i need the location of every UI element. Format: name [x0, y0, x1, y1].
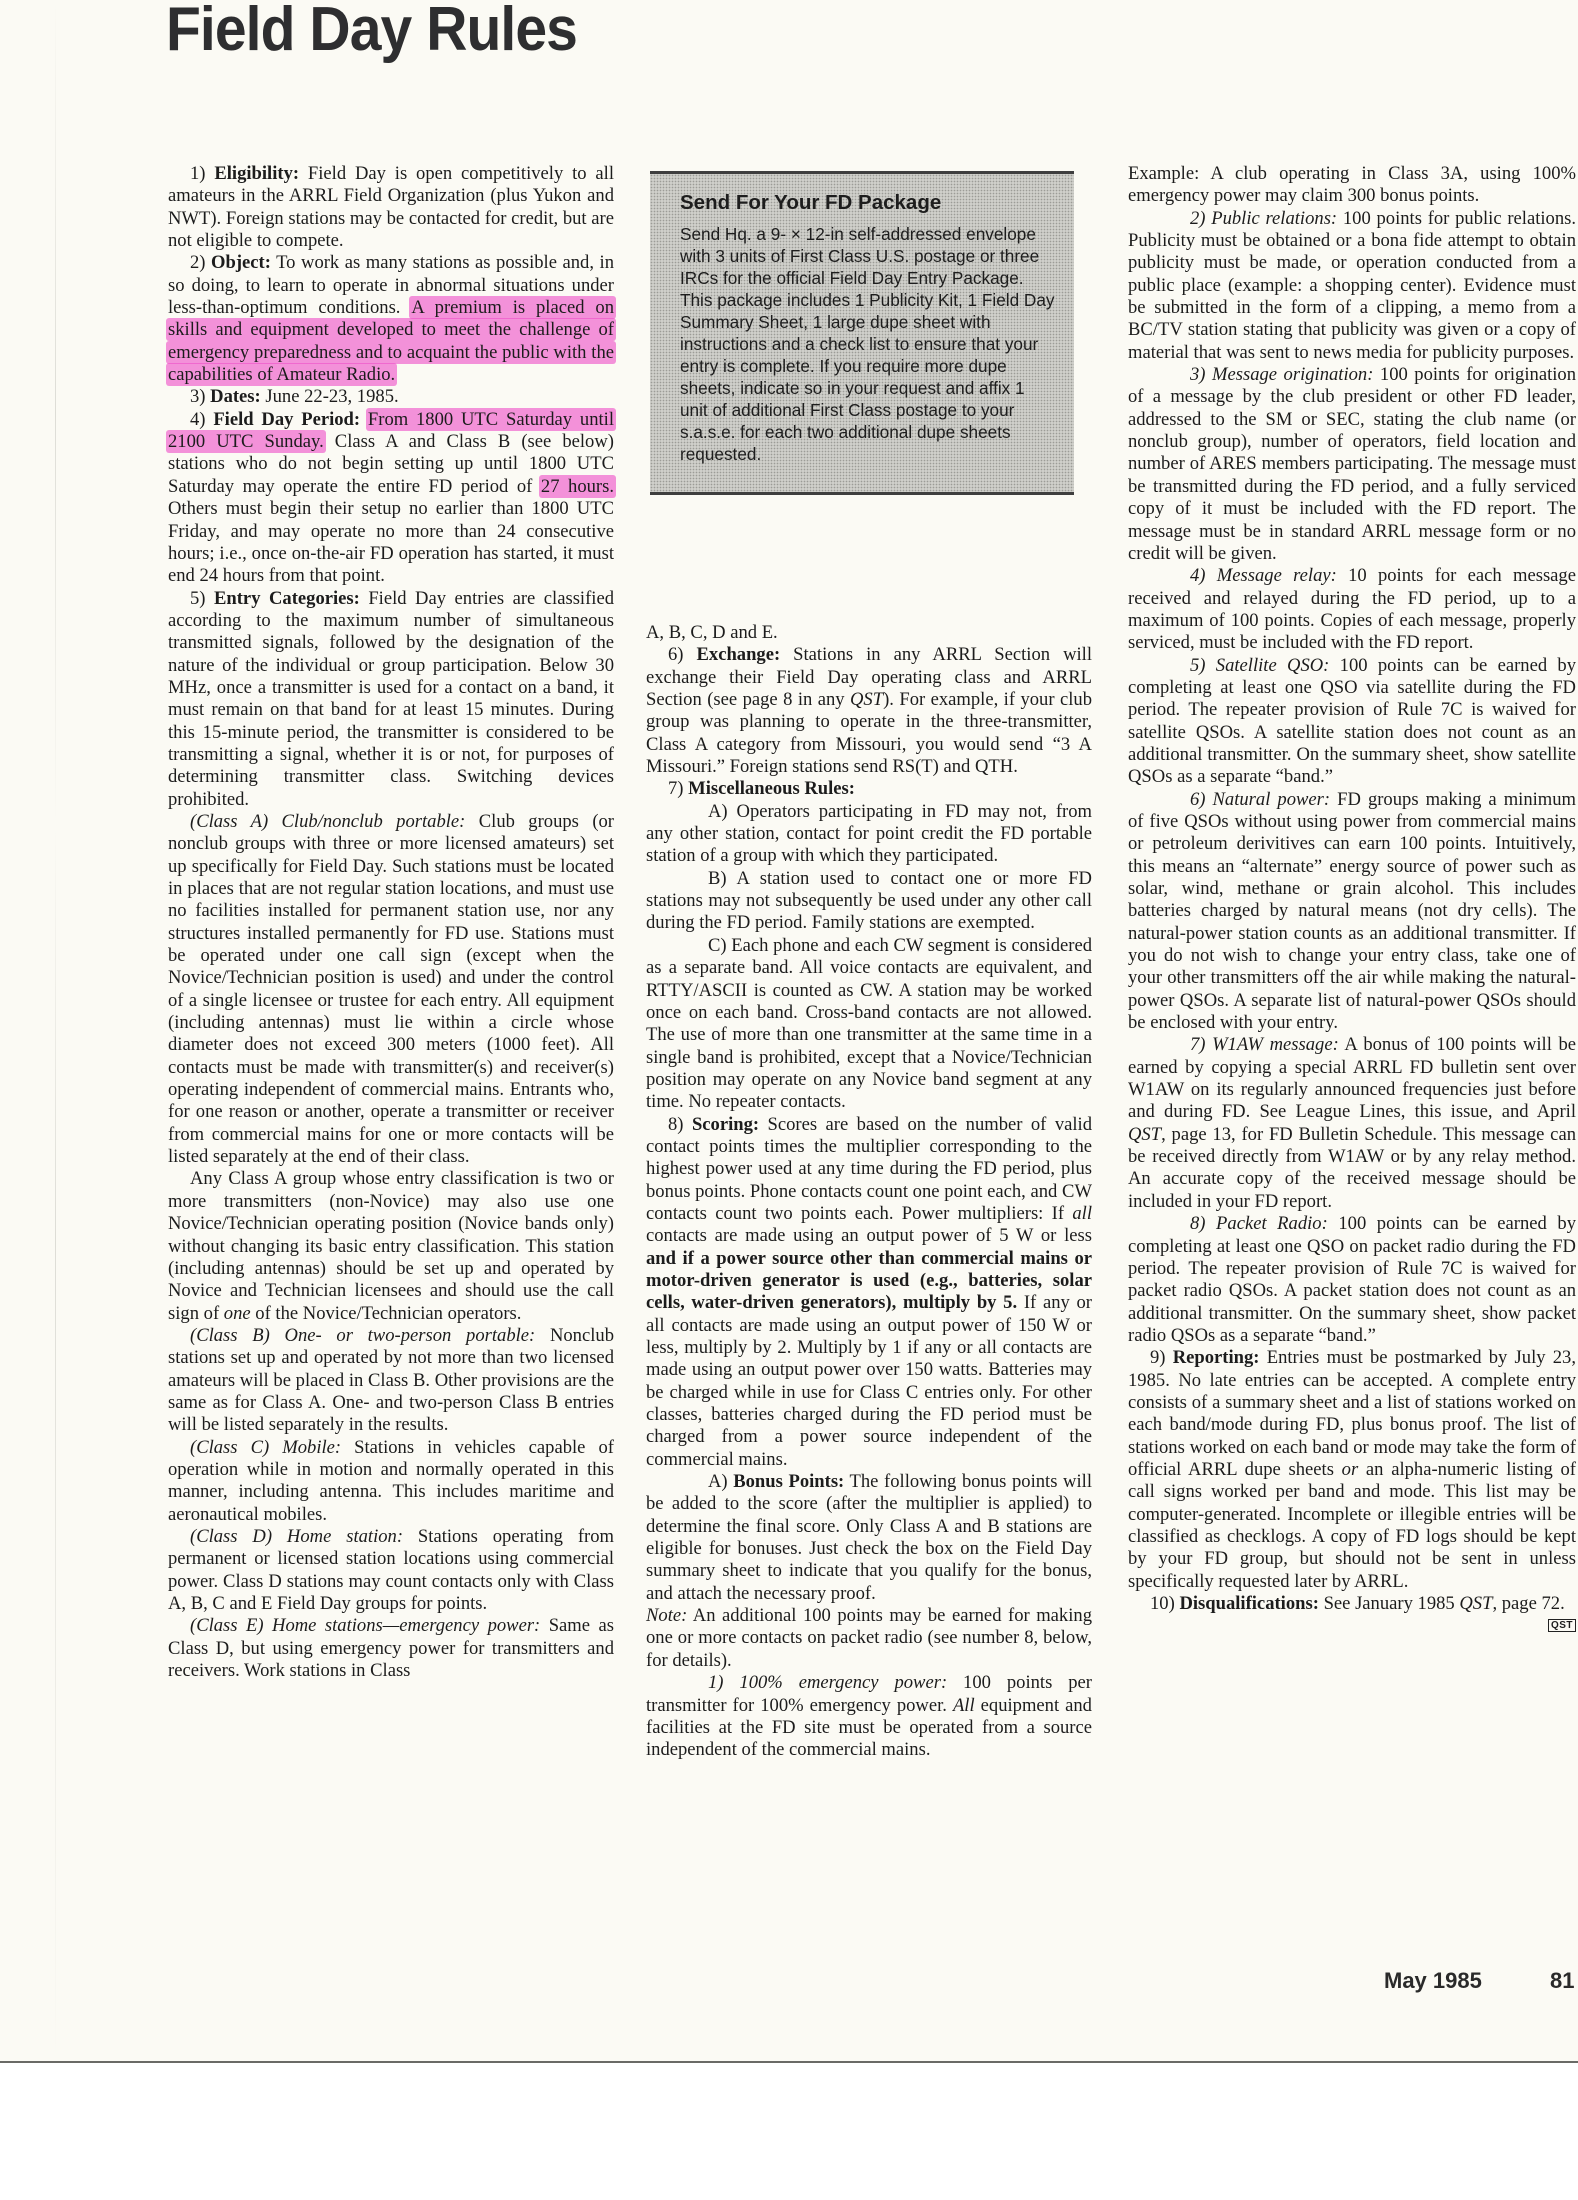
- body-text: B) A station used to contact one or more…: [646, 868, 1092, 934]
- body-text: 100 points for public rela­tions. Public…: [1128, 208, 1576, 363]
- italic-text: QST: [1128, 1124, 1161, 1145]
- rule-heading: Scoring:: [692, 1114, 759, 1135]
- body-text: 1): [190, 163, 214, 184]
- paragraph: (Class B) One- or two-person portable: N…: [168, 1325, 614, 1437]
- sidebar-body: Send Hq. a 9- × 12-in self-addressed env…: [680, 223, 1056, 465]
- italic-text: (Class D) Home station:: [190, 1526, 403, 1547]
- italic-text: one: [224, 1303, 251, 1324]
- italic-text: 3) Message origination:: [1190, 364, 1373, 385]
- paragraph: 7) W1AW message: A bonus of 100 points w…: [1128, 1034, 1576, 1213]
- body-text: A, B, C, D and E.: [646, 622, 778, 643]
- body-text: 6): [668, 644, 697, 665]
- issue-date: May 1985: [1384, 1968, 1482, 1994]
- italic-text: QST: [850, 689, 883, 710]
- highlighted-text: 27 hours.: [539, 475, 616, 498]
- paragraph: (Class E) Home stations—emergency power:…: [168, 1615, 614, 1682]
- rule-heading: Entry Categories:: [214, 588, 360, 609]
- body-text: 4): [190, 409, 213, 430]
- fd-package-sidebar: Send For Your FD Package Send Hq. a 9- ×…: [650, 171, 1074, 495]
- paragraph: 1) Eligibility: Field Day is open compet…: [168, 163, 614, 252]
- italic-text: 1) 100% emergency power:: [708, 1672, 947, 1693]
- italic-text: or: [1342, 1459, 1359, 1480]
- body-text: 3): [190, 386, 210, 407]
- rule-heading: Bonus Points:: [733, 1471, 844, 1492]
- body-text: June 22-23, 1985.: [261, 386, 399, 407]
- italic-text: (Class B) One- or two-person portable:: [190, 1325, 535, 1346]
- body-text: , page 72.: [1492, 1593, 1564, 1614]
- paragraph: (Class D) Home station: Stations operati…: [168, 1526, 614, 1615]
- italic-text: 7) W1AW message:: [1190, 1034, 1339, 1055]
- paragraph: A) Operators participating in FD may not…: [646, 801, 1092, 868]
- paragraph: 9) Reporting: Entries must be postmarked…: [1128, 1347, 1576, 1593]
- rule-heading: Reporting:: [1173, 1347, 1260, 1368]
- body-text: If any or all contacts are made using an…: [646, 1292, 1092, 1469]
- italic-text: 4) Message relay:: [1190, 565, 1337, 586]
- sidebar-title: Send For Your FD Package: [680, 190, 1056, 216]
- page-title: Field Day Rules: [166, 0, 577, 65]
- page-number: 81: [1550, 1968, 1574, 1994]
- text-column-3: Example: A club operating in Class 3A, u…: [1128, 163, 1576, 1632]
- body-text: 100 points for origination of a message …: [1128, 364, 1576, 564]
- italic-text: All: [953, 1695, 975, 1716]
- paragraph: 8) Packet Radio: 100 points can be earne…: [1128, 1213, 1576, 1347]
- rule-heading: Dates:: [210, 386, 261, 407]
- body-text: Any Class A group whose entry classifica…: [168, 1168, 614, 1323]
- italic-text: (Class C) Mobile:: [190, 1437, 341, 1458]
- text-column-1: 1) Eligibility: Field Day is open compet…: [168, 163, 614, 1682]
- paragraph: B) A station used to contact one or more…: [646, 868, 1092, 935]
- paragraph: 8) Scoring: Scores are based on the numb…: [646, 1114, 1092, 1472]
- rule-heading: Exchange:: [697, 644, 781, 665]
- italic-text: (Class E) Home stations—emergency power:: [190, 1615, 540, 1636]
- body-text: 9): [1150, 1347, 1173, 1368]
- italic-text: 8) Packet Radio:: [1190, 1213, 1328, 1234]
- body-text: contacts are made using an output power …: [646, 1225, 1092, 1246]
- body-text: 8): [668, 1114, 692, 1135]
- body-text: Field Day entries are classified accordi…: [168, 588, 614, 810]
- paragraph: 4) Field Day Period: From 1800 UTC Satur…: [168, 409, 614, 588]
- paragraph: 4) Message relay: 10 points for each mes…: [1128, 565, 1576, 654]
- rule-heading: Eligibility:: [214, 163, 299, 184]
- rule-heading: Field Day Period:: [213, 409, 360, 430]
- paragraph: Any Class A group whose entry classifica…: [168, 1168, 614, 1324]
- body-text: , page 13, for FD Bulletin Schedule. Thi…: [1128, 1124, 1576, 1212]
- italic-text: QST: [1459, 1593, 1492, 1614]
- italic-text: (Class A) Club/nonclub portable:: [190, 811, 465, 832]
- body-text: 10): [1150, 1593, 1179, 1614]
- italic-text: Note:: [646, 1605, 687, 1626]
- paragraph: 2) Public relations: 100 points for publ…: [1128, 208, 1576, 364]
- paragraph: (Class A) Club/nonclub portable: Club gr…: [168, 811, 614, 1169]
- text-column-2: A, B, C, D and E.6) Exchange: Stations i…: [646, 622, 1092, 1762]
- paragraph: C) Each phone and each CW segment is con…: [646, 935, 1092, 1114]
- rule-heading: Disqualifications:: [1179, 1593, 1318, 1614]
- paragraph: 5) Entry Categories: Field Day entries a…: [168, 588, 614, 811]
- body-text: FD groups making a minimum of five QSOs …: [1128, 789, 1576, 1033]
- paragraph: A) Bonus Points: The following bonus poi…: [646, 1471, 1092, 1605]
- body-text: A) Operators participating in FD may not…: [646, 801, 1092, 867]
- italic-text: 5) Satellite QSO:: [1190, 655, 1329, 676]
- paragraph: A, B, C, D and E.: [646, 622, 1092, 644]
- paragraph: 6) Natural power: FD groups making a min…: [1128, 789, 1576, 1035]
- body-text: A): [708, 1471, 733, 1492]
- paragraph: 1) 100% emergency power: 100 points per …: [646, 1672, 1092, 1761]
- rule-heading: Object:: [211, 252, 271, 273]
- paragraph: 2) Object: To work as many stations as p…: [168, 252, 614, 386]
- magazine-page: Field Day Rules 1) Eligibility: Field Da…: [0, 0, 1578, 2063]
- paragraph: (Class C) Mobile: Stations in vehicles c…: [168, 1437, 614, 1526]
- paragraph: 7) Miscellaneous Rules:: [646, 778, 1092, 800]
- qst-end-mark-icon: QST: [1548, 1619, 1576, 1632]
- body-text: 7): [668, 778, 688, 799]
- paragraph: 10) Disqualifications: See January 1985 …: [1128, 1593, 1576, 1615]
- body-text: Others must begin their setup no earlier…: [168, 498, 614, 586]
- italic-text: all: [1072, 1203, 1092, 1224]
- body-text: See January 1985: [1319, 1593, 1459, 1614]
- body-text: 2): [190, 252, 211, 273]
- page-edge-shadow: [55, 0, 56, 2063]
- paragraph: 5) Satellite QSO: 100 points can be earn…: [1128, 655, 1576, 789]
- body-text: An additional 100 points may be earned f…: [646, 1605, 1092, 1671]
- paragraph: Note: An additional 100 points may be ea…: [646, 1605, 1092, 1672]
- body-text: Example: A club operating in Class 3A, u…: [1128, 163, 1576, 206]
- italic-text: 6) Natural power:: [1190, 789, 1330, 810]
- paragraph: Example: A club operating in Class 3A, u…: [1128, 163, 1576, 208]
- body-text: Club groups (or nonclub groups with thre…: [168, 811, 614, 1167]
- paragraph: 3) Dates: June 22-23, 1985.: [168, 386, 614, 408]
- rule-heading: Miscellaneous Rules:: [688, 778, 855, 799]
- paragraph: 3) Message origination: 100 points for o…: [1128, 364, 1576, 565]
- body-text: 5): [190, 588, 214, 609]
- body-text: C) Each phone and each CW segment is con…: [646, 935, 1092, 1112]
- paragraph: 6) Exchange: Stations in any ARRL Sectio…: [646, 644, 1092, 778]
- body-text: of the Novice/Technician operators.: [251, 1303, 522, 1324]
- italic-text: 2) Public relations:: [1190, 208, 1337, 229]
